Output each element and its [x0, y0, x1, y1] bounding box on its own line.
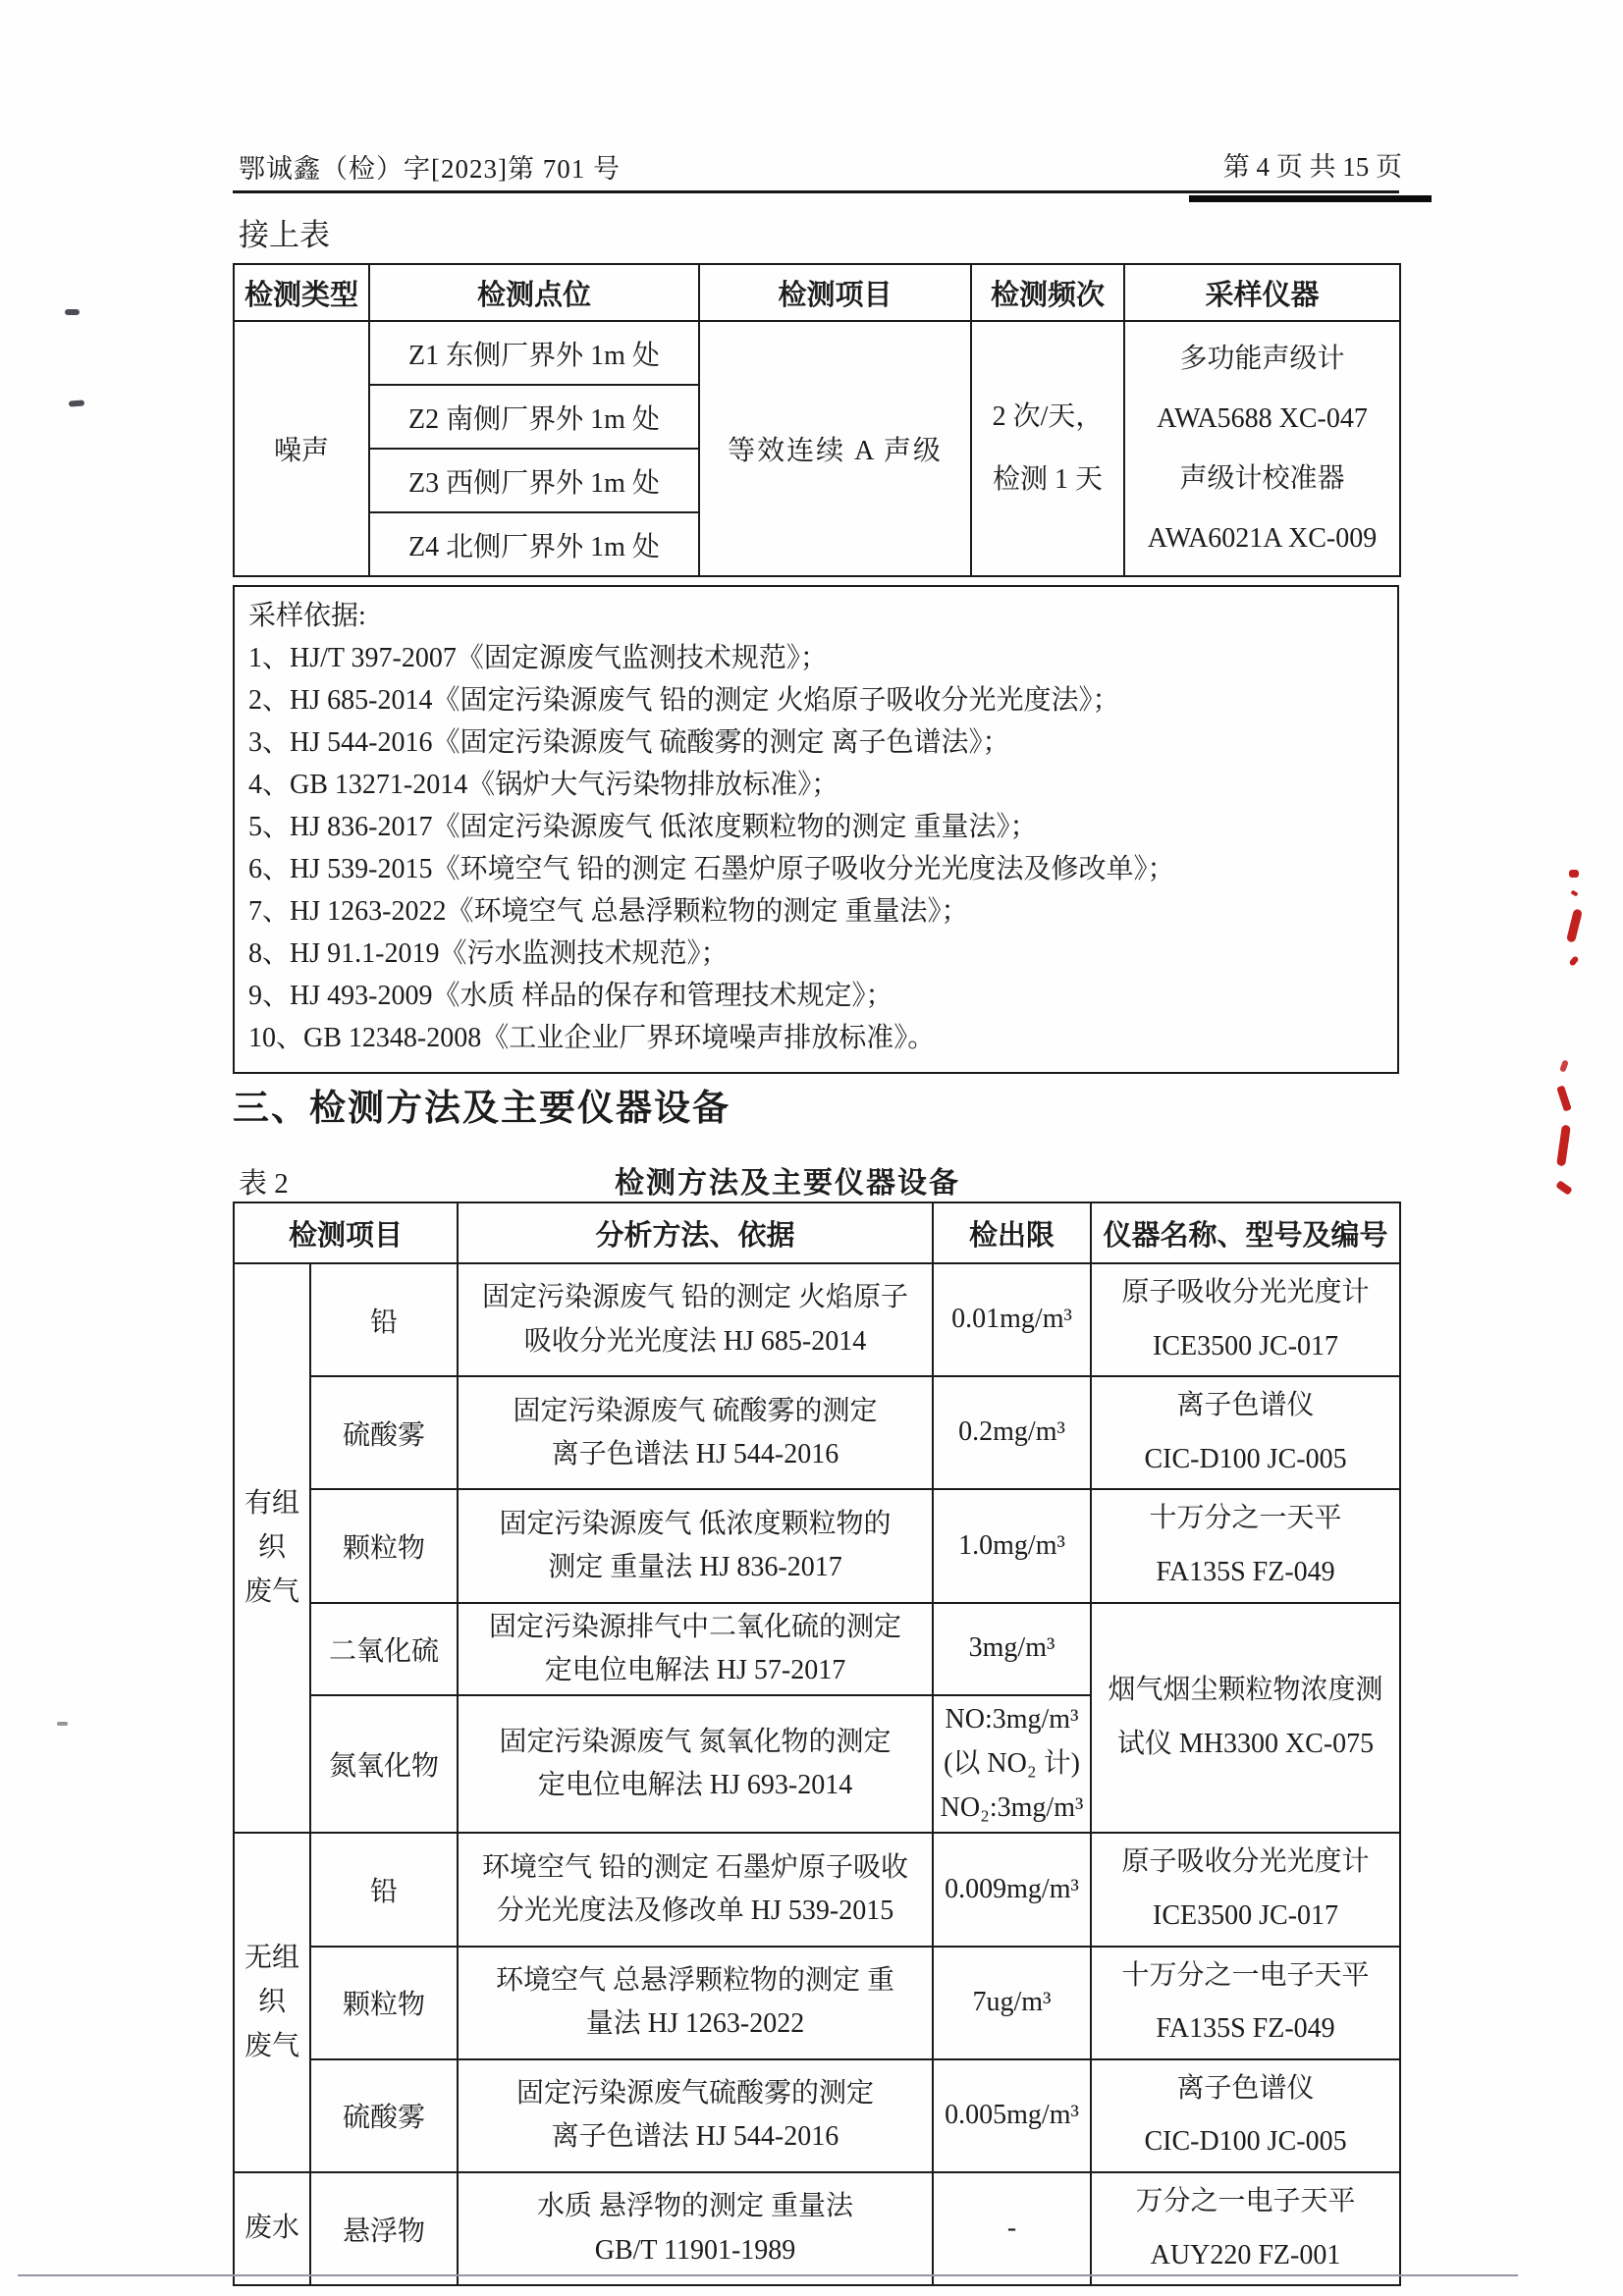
item-cell-noise: 等效连续 A 声级 [699, 321, 971, 576]
document-page: 鄂诚鑫（检）字[2023]第 701 号 第 4 页 共 15 页 接上表 检测… [0, 0, 1623, 2296]
col-header-instrument: 仪器名称、型号及编号 [1091, 1202, 1400, 1263]
col-header-type: 检测类型 [234, 264, 369, 321]
instrument-cell: 十万分之一电子天平 FA135S FZ-049 [1091, 1947, 1400, 2059]
point-cell-z3: Z3 西侧厂界外 1m 处 [369, 449, 699, 512]
scan-artifact-dash [69, 400, 84, 406]
method-cell: 环境空气 总悬浮颗粒物的测定 重 量法 HJ 1263-2022 [458, 1947, 933, 2059]
continuation-note: 接上表 [239, 210, 330, 254]
sampling-basis-item: 2、HJ 685-2014《固定污染源废气 铅的测定 火焰原子吸收分光光度法》； [248, 679, 1383, 721]
instrument-cell: 离子色谱仪 CIC-D100 JC-005 [1091, 2059, 1400, 2172]
item-cell: 二氧化硫 [310, 1603, 458, 1695]
table-row: 硫酸雾 固定污染源废气硫酸雾的测定 离子色谱法 HJ 544-2016 0.00… [234, 2059, 1400, 2172]
group-cell-wastewater: 废水 [234, 2172, 310, 2285]
stamp-stroke [1555, 1180, 1573, 1196]
instrument-cell: 原子吸收分光光度计 ICE3500 JC-017 [1091, 1833, 1400, 1946]
group-cell-organized-gas: 有组织 废气 [234, 1263, 310, 1833]
item-cell: 铅 [310, 1833, 458, 1946]
table-row: 无组织 废气 铅 环境空气 铅的测定 石墨炉原子吸收 分光光度法及修改单 HJ … [234, 1833, 1400, 1946]
scan-edge-line [18, 2274, 1518, 2276]
instrument-cell-merged: 烟气烟尘颗粒物浓度测 试仪 MH3300 XC-075 [1091, 1603, 1400, 1834]
col-header-item: 检测项目 [699, 264, 971, 321]
sampling-basis-item: 6、HJ 539-2015《环境空气 铅的测定 石墨炉原子吸收分光光度法及修改单… [248, 848, 1383, 890]
red-stamp-fragment [1559, 1060, 1568, 1196]
sampling-basis-title: 采样依据: [248, 595, 1383, 637]
sampling-basis-item: 9、HJ 493-2009《水质 样品的保存和管理技术规定》； [248, 975, 1383, 1017]
sampling-basis-item: 1、HJ/T 397-2007《固定源废气监测技术规范》； [248, 637, 1383, 679]
limit-cell: NO:3mg/m³ (以 NO₂ 计) NO₂:3mg/m³ [933, 1695, 1091, 1833]
frequency-cell: 2 次/天， 检测 1 天 [971, 321, 1124, 576]
method-cell: 水质 悬浮物的测定 重量法 GB/T 11901-1989 [458, 2172, 933, 2285]
col-header-sampler: 采样仪器 [1124, 264, 1400, 321]
table-row: 二氧化硫 固定污染源排气中二氧化硫的测定 定电位电解法 HJ 57-2017 3… [234, 1603, 1400, 1695]
stamp-stroke [1569, 870, 1579, 878]
method-cell: 固定污染源废气 氮氧化物的测定 定电位电解法 HJ 693-2014 [458, 1695, 933, 1833]
instrument-cell: 离子色谱仪 CIC-D100 JC-005 [1091, 1376, 1400, 1489]
table-header-row: 检测类型 检测点位 检测项目 检测频次 采样仪器 [234, 264, 1400, 321]
stamp-stroke [1566, 908, 1583, 942]
sampler-cell: 多功能声级计 AWA5688 XC-047 声级计校准器 AWA6021A XC… [1124, 321, 1400, 576]
method-cell: 环境空气 铅的测定 石墨炉原子吸收 分光光度法及修改单 HJ 539-2015 [458, 1833, 933, 1946]
sampling-basis-box: 采样依据: 1、HJ/T 397-2007《固定源废气监测技术规范》； 2、HJ… [233, 585, 1399, 1074]
method-cell: 固定污染源废气 铅的测定 火焰原子 吸收分光光度法 HJ 685-2014 [458, 1263, 933, 1376]
limit-cell: 0.2mg/m³ [933, 1376, 1091, 1489]
section-heading: 三、检测方法及主要仪器设备 [233, 1078, 730, 1131]
methods-instruments-table: 检测项目 分析方法、依据 检出限 仪器名称、型号及编号 有组织 废气 铅 固定污… [233, 1201, 1401, 2286]
stamp-stroke [1568, 955, 1579, 967]
sampling-basis-item: 5、HJ 836-2017《固定污染源废气 低浓度颗粒物的测定 重量法》； [248, 806, 1383, 848]
limit-cell: - [933, 2172, 1091, 2285]
item-cell: 硫酸雾 [310, 2059, 458, 2172]
limit-cell: 7ug/m³ [933, 1947, 1091, 2059]
table-header-row: 检测项目 分析方法、依据 检出限 仪器名称、型号及编号 [234, 1202, 1400, 1263]
doc-number: 鄂诚鑫（检）字[2023]第 701 号 [239, 147, 621, 186]
item-cell: 硫酸雾 [310, 1376, 458, 1489]
item-cell: 铅 [310, 1263, 458, 1376]
stamp-stroke [1570, 890, 1578, 897]
table-row: 噪声 Z1 东侧厂界外 1m 处 等效连续 A 声级 2 次/天， 检测 1 天… [234, 321, 1400, 385]
limit-cell: 0.005mg/m³ [933, 2059, 1091, 2172]
category-cell-noise: 噪声 [234, 321, 369, 576]
sampling-basis-item: 7、HJ 1263-2022《环境空气 总悬浮颗粒物的测定 重量法》； [248, 890, 1383, 933]
sampling-basis-item: 3、HJ 544-2016《固定污染源废气 硫酸雾的测定 离子色谱法》； [248, 721, 1383, 764]
sampling-basis-item: 10、GB 12348-2008《工业企业厂界环境噪声排放标准》。 [248, 1017, 1383, 1059]
sampling-basis-item: 4、GB 13271-2014《锅炉大气污染物排放标准》； [248, 764, 1383, 806]
point-cell-z4: Z4 北侧厂界外 1m 处 [369, 512, 699, 576]
table-row: 颗粒物 固定污染源废气 低浓度颗粒物的 测定 重量法 HJ 836-2017 1… [234, 1489, 1400, 1602]
table-row: 硫酸雾 固定污染源废气 硫酸雾的测定 离子色谱法 HJ 544-2016 0.2… [234, 1376, 1400, 1489]
method-cell: 固定污染源废气 硫酸雾的测定 离子色谱法 HJ 544-2016 [458, 1376, 933, 1489]
item-cell: 颗粒物 [310, 1489, 458, 1602]
item-cell: 颗粒物 [310, 1947, 458, 2059]
table-row: 颗粒物 环境空气 总悬浮颗粒物的测定 重 量法 HJ 1263-2022 7ug… [234, 1947, 1400, 2059]
scan-artifact-dash [57, 1722, 68, 1726]
col-header-limit: 检出限 [933, 1202, 1091, 1263]
point-cell-z1: Z1 东侧厂界外 1m 处 [369, 321, 699, 385]
col-header-item: 检测项目 [234, 1202, 458, 1263]
header-rule [233, 190, 1399, 193]
limit-cell: 0.009mg/m³ [933, 1833, 1091, 1946]
instrument-cell: 十万分之一天平 FA135S FZ-049 [1091, 1489, 1400, 1602]
col-header-point: 检测点位 [369, 264, 699, 321]
instrument-cell: 原子吸收分光光度计 ICE3500 JC-017 [1091, 1263, 1400, 1376]
point-cell-z2: Z2 南侧厂界外 1m 处 [369, 385, 699, 449]
limit-cell: 3mg/m³ [933, 1603, 1091, 1695]
red-stamp-fragment [1569, 870, 1579, 966]
table-row: 有组织 废气 铅 固定污染源废气 铅的测定 火焰原子 吸收分光光度法 HJ 68… [234, 1263, 1400, 1376]
method-cell: 固定污染源废气硫酸雾的测定 离子色谱法 HJ 544-2016 [458, 2059, 933, 2172]
scan-artifact-dash [65, 309, 80, 315]
sampling-basis-item: 8、HJ 91.1-2019《污水监测技术规范》； [248, 933, 1383, 975]
limit-cell: 0.01mg/m³ [933, 1263, 1091, 1376]
col-header-method: 分析方法、依据 [458, 1202, 933, 1263]
stamp-stroke [1559, 1059, 1569, 1072]
stamp-stroke [1556, 1125, 1571, 1167]
method-cell: 固定污染源排气中二氧化硫的测定 定电位电解法 HJ 57-2017 [458, 1603, 933, 1695]
instrument-cell: 万分之一电子天平 AUY220 FZ-001 [1091, 2172, 1400, 2285]
col-header-frequency: 检测频次 [971, 264, 1124, 321]
item-cell: 氮氧化物 [310, 1695, 458, 1833]
table-row: 废水 悬浮物 水质 悬浮物的测定 重量法 GB/T 11901-1989 - 万… [234, 2172, 1400, 2285]
table2-title: 检测方法及主要仪器设备 [233, 1158, 1342, 1201]
item-cell: 悬浮物 [310, 2172, 458, 2285]
page-indicator: 第 4 页 共 15 页 [1159, 145, 1402, 184]
stamp-stroke [1556, 1085, 1572, 1111]
group-cell-unorganized-gas: 无组织 废气 [234, 1833, 310, 2172]
noise-monitoring-table: 检测类型 检测点位 检测项目 检测频次 采样仪器 噪声 Z1 东侧厂界外 1m … [233, 263, 1401, 577]
header-rule-right [1189, 195, 1432, 202]
method-cell: 固定污染源废气 低浓度颗粒物的 测定 重量法 HJ 836-2017 [458, 1489, 933, 1602]
limit-cell: 1.0mg/m³ [933, 1489, 1091, 1602]
